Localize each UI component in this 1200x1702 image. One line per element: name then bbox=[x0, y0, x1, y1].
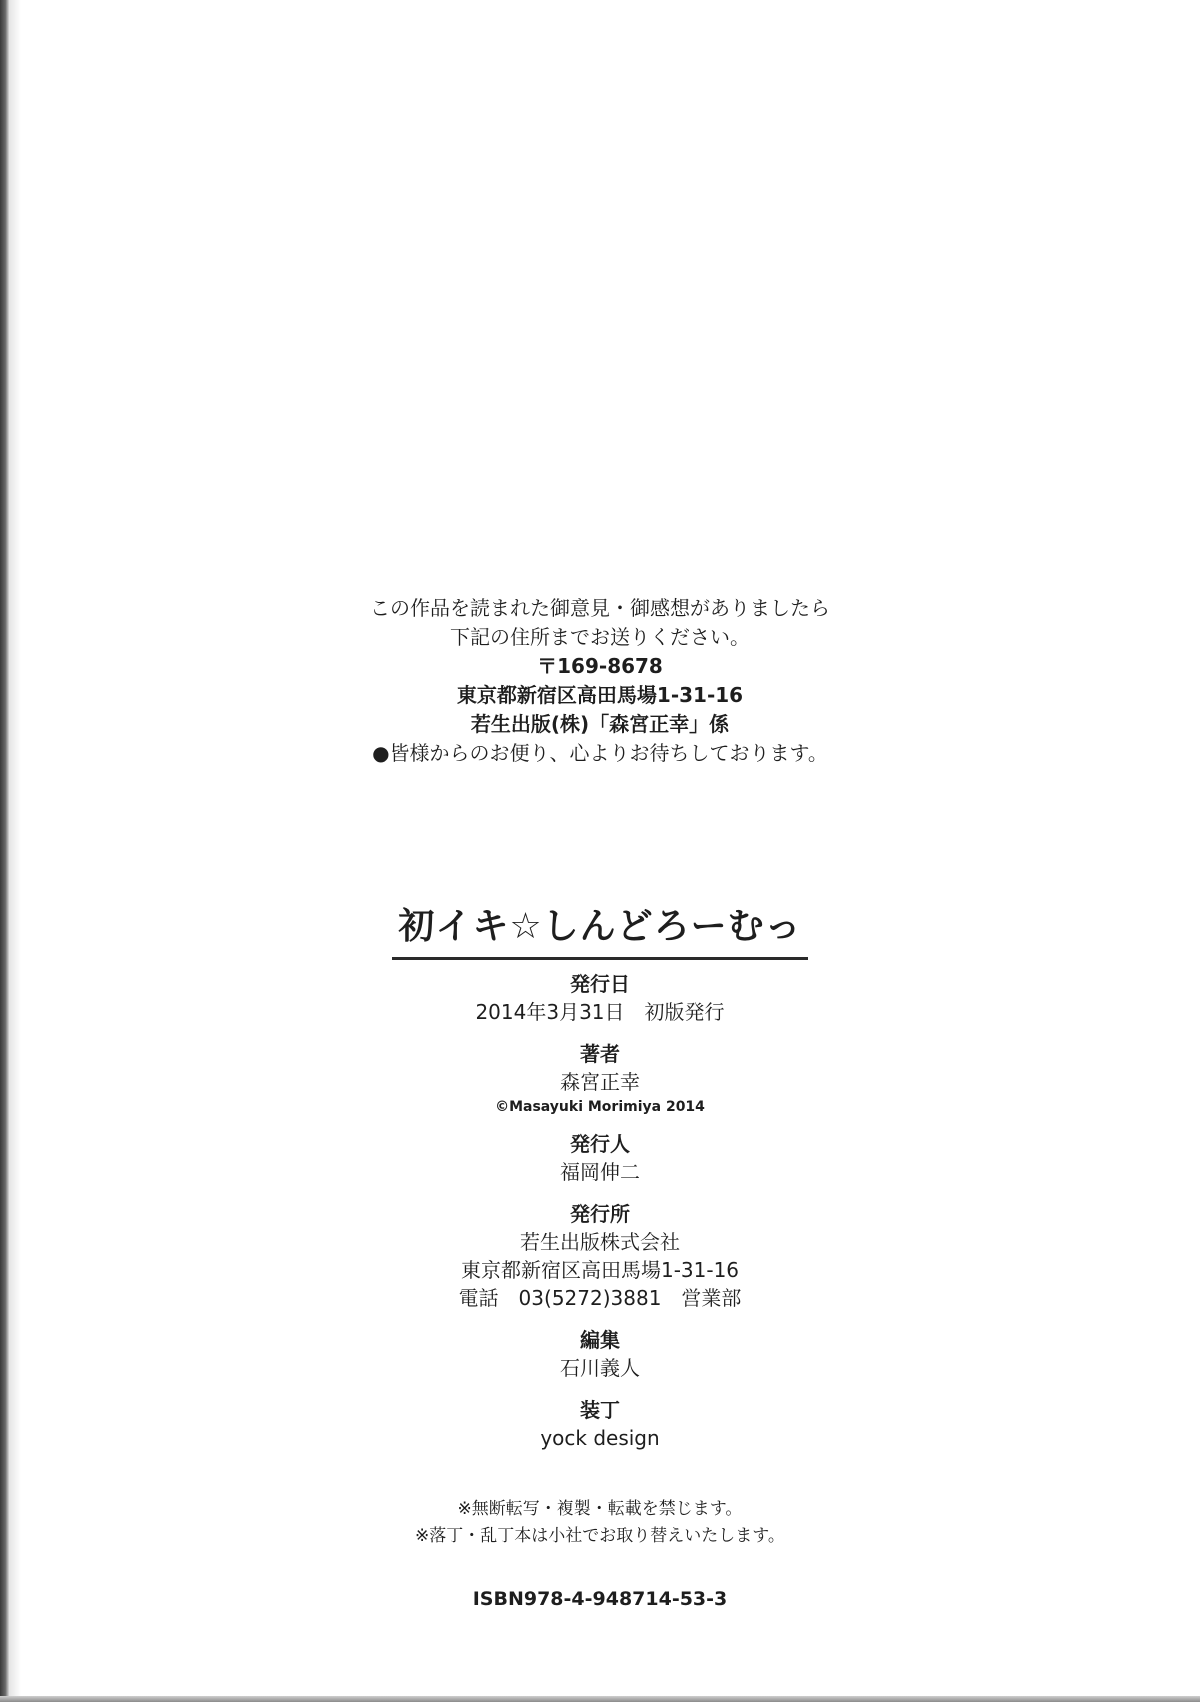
notice-line: ※落丁・乱丁本は小社でお取り替えいたします。 bbox=[0, 1523, 1200, 1550]
publish-date-value: 2014年3月31日 初版発行 bbox=[0, 998, 1200, 1026]
publisher-company: 若生出版株式会社 bbox=[0, 1228, 1200, 1256]
publisher-section: 発行所 若生出版株式会社 東京都新宿区高田馬場1-31-16 電話 03(527… bbox=[0, 1200, 1200, 1312]
message-line: 下記の住所までお送りください。 bbox=[0, 623, 1200, 652]
message-line: この作品を読まれた御意見・御感想がありましたら bbox=[0, 594, 1200, 623]
page-bottom-edge bbox=[0, 1696, 1200, 1702]
publisher-person-name: 福岡伸二 bbox=[0, 1158, 1200, 1186]
mail-address: 東京都新宿区高田馬場1-31-16 bbox=[0, 681, 1200, 710]
publisher-person-heading: 発行人 bbox=[0, 1130, 1200, 1158]
publisher-person-section: 発行人 福岡伸二 bbox=[0, 1130, 1200, 1186]
legal-notices: ※無断転写・複製・転載を禁じます。 ※落丁・乱丁本は小社でお取り替えいたします。 bbox=[0, 1496, 1200, 1550]
author-section: 著者 森宮正幸 ©Masayuki Morimiya 2014 bbox=[0, 1040, 1200, 1118]
message-line: ●皆様からのお便り、心よりお待ちしております。 bbox=[0, 739, 1200, 768]
editor-heading: 編集 bbox=[0, 1326, 1200, 1354]
author-heading: 著者 bbox=[0, 1040, 1200, 1068]
isbn: ISBN978-4-948714-53-3 bbox=[0, 1588, 1200, 1610]
notice-line: ※無断転写・複製・転載を禁じます。 bbox=[0, 1496, 1200, 1523]
publisher-address: 東京都新宿区高田馬場1-31-16 bbox=[0, 1256, 1200, 1284]
copyright-notice: ©Masayuki Morimiya 2014 bbox=[0, 1096, 1200, 1118]
design-heading: 装丁 bbox=[0, 1396, 1200, 1424]
editor-section: 編集 石川義人 bbox=[0, 1326, 1200, 1382]
design-section: 装丁 yock design bbox=[0, 1396, 1200, 1452]
publish-date-section: 発行日 2014年3月31日 初版発行 bbox=[0, 970, 1200, 1026]
publisher-phone: 電話 03(5272)3881 営業部 bbox=[0, 1284, 1200, 1312]
book-title: 初イキ☆しんどろーむっ bbox=[392, 898, 807, 960]
postal-code: 〒169-8678 bbox=[0, 652, 1200, 681]
author-name: 森宮正幸 bbox=[0, 1068, 1200, 1096]
design-credit: yock design bbox=[0, 1424, 1200, 1452]
reader-message: この作品を読まれた御意見・御感想がありましたら 下記の住所までお送りください。 … bbox=[0, 594, 1200, 768]
publisher-heading: 発行所 bbox=[0, 1200, 1200, 1228]
mail-recipient: 若生出版(株)「森宮正幸」係 bbox=[0, 710, 1200, 739]
editor-name: 石川義人 bbox=[0, 1354, 1200, 1382]
book-title-block: 初イキ☆しんどろーむっ bbox=[0, 898, 1200, 960]
publish-date-heading: 発行日 bbox=[0, 970, 1200, 998]
